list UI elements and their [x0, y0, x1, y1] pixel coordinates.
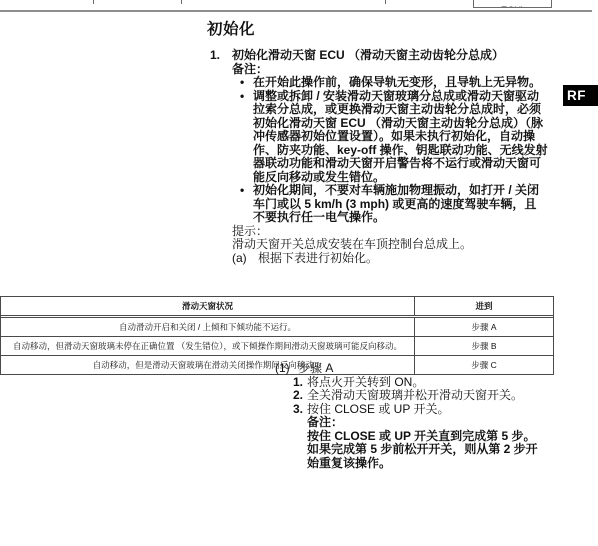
procedure-note-label: 备注：: [307, 416, 545, 430]
procedure-steps: 1. 将点火开关转到 ON。 2. 全关滑动天窗玻璃并松开滑动天窗开关。 3. …: [293, 376, 560, 417]
table-row: 自动移动，但滑动天窗玻璃未停在正确位置 （发生错位），或下倾操作期间滑动天窗玻璃…: [1, 336, 553, 355]
section-tab-rf: RF: [563, 85, 598, 106]
table-cell-proceed: 步骤 A: [415, 318, 553, 336]
table-header-row: 滑动天窗状况 进到: [1, 297, 553, 318]
page-title: 初始化: [207, 21, 548, 38]
hint-text: 滑动天窗开关总成安装在车顶控制台总成上。: [232, 238, 548, 252]
procedure-title-text: 步骤 A: [298, 362, 333, 376]
clipped-cell-text: ECU): [501, 5, 524, 8]
note-bullet: • 在开始此操作前，确保导轨无变形，且导轨上无异物。: [232, 76, 548, 90]
numbered-item: 1. 初始化滑动天窗 ECU （滑动天窗主动齿轮分总成）: [207, 49, 548, 63]
item-body: 备注： • 在开始此操作前，确保导轨无变形，且导轨上无异物。 • 调整或拆卸 /…: [232, 63, 548, 266]
procedure-step-a: (1) 步骤 A 1. 将点火开关转到 ON。 2. 全关滑动天窗玻璃并松开滑动…: [275, 362, 560, 470]
table-cell-condition: 自动移动，但滑动天窗玻璃未停在正确位置 （发生错位），或下倾操作期间滑动天窗玻璃…: [1, 337, 415, 355]
procedure-note-text: 按住 CLOSE 或 UP 开关直到完成第 5 步。如果完成第 5 步前松开开关…: [307, 430, 545, 471]
note-bullet-text: 初始化期间，不要对车辆施加物理振动，如打开 / 关闭车门或以 5 km/h (3…: [253, 184, 548, 225]
table-divider-stub: [181, 0, 182, 4]
table-divider-stub: [385, 0, 386, 4]
bullet-icon: •: [232, 90, 253, 185]
procedure-title: (1) 步骤 A: [275, 362, 560, 376]
bullet-icon: •: [232, 76, 253, 90]
note-bullet-text: 在开始此操作前，确保导轨无变形，且导轨上无异物。: [253, 76, 548, 90]
table-cell-proceed: 步骤 B: [415, 337, 553, 355]
table-header-proceed: 进到: [415, 297, 553, 315]
table-row: 自动滑动开启和关闭 / 上倾和下倾功能不运行。 步骤 A: [1, 318, 553, 336]
substep-text: 根据下表进行初始化。: [258, 252, 378, 266]
item-number: 1.: [207, 49, 232, 63]
manual-page: ECU) RF 初始化 1. 初始化滑动天窗 ECU （滑动天窗主动齿轮分总成）…: [0, 0, 598, 546]
step-text: 将点火开关转到 ON。: [307, 376, 560, 390]
main-content: 初始化 1. 初始化滑动天窗 ECU （滑动天窗主动齿轮分总成） 备注： • 在…: [207, 21, 548, 265]
step-number: 1.: [293, 376, 307, 390]
table-cell-condition: 自动滑动开启和关闭 / 上倾和下倾功能不运行。: [1, 318, 415, 336]
note-bullet-text: 调整或拆卸 / 安装滑动天窗玻璃分总成或滑动天窗驱动拉索分总成，或更换滑动天窗主…: [253, 90, 548, 185]
section-tab-label: RF: [567, 88, 586, 103]
table-divider-stub: [93, 0, 94, 4]
table-header-condition: 滑动天窗状况: [1, 297, 415, 315]
step-number: 2.: [293, 389, 307, 403]
procedure-step: 1. 将点火开关转到 ON。: [293, 376, 560, 390]
note-bullet: • 初始化期间，不要对车辆施加物理振动，如打开 / 关闭车门或以 5 km/h …: [232, 184, 548, 225]
substep-marker: (a): [232, 252, 258, 266]
step-text: 按住 CLOSE 或 UP 开关。: [307, 403, 560, 417]
step-number: 3.: [293, 403, 307, 417]
top-horizontal-rule: [0, 10, 592, 12]
substep-a: (a) 根据下表进行初始化。: [232, 252, 548, 266]
item-title: 初始化滑动天窗 ECU （滑动天窗主动齿轮分总成）: [232, 49, 548, 63]
clipped-ecu-table-cell: ECU): [473, 0, 552, 8]
procedure-note: 备注： 按住 CLOSE 或 UP 开关直到完成第 5 步。如果完成第 5 步前…: [307, 416, 545, 470]
hint-label: 提示：: [232, 225, 548, 239]
bullet-icon: •: [232, 184, 253, 225]
note-label: 备注：: [232, 63, 548, 77]
step-text: 全关滑动天窗玻璃并松开滑动天窗开关。: [307, 389, 560, 403]
procedure-marker: (1): [275, 362, 298, 376]
procedure-step: 3. 按住 CLOSE 或 UP 开关。: [293, 403, 560, 417]
note-bullet: • 调整或拆卸 / 安装滑动天窗玻璃分总成或滑动天窗驱动拉索分总成，或更换滑动天…: [232, 90, 548, 185]
procedure-step: 2. 全关滑动天窗玻璃并松开滑动天窗开关。: [293, 389, 560, 403]
